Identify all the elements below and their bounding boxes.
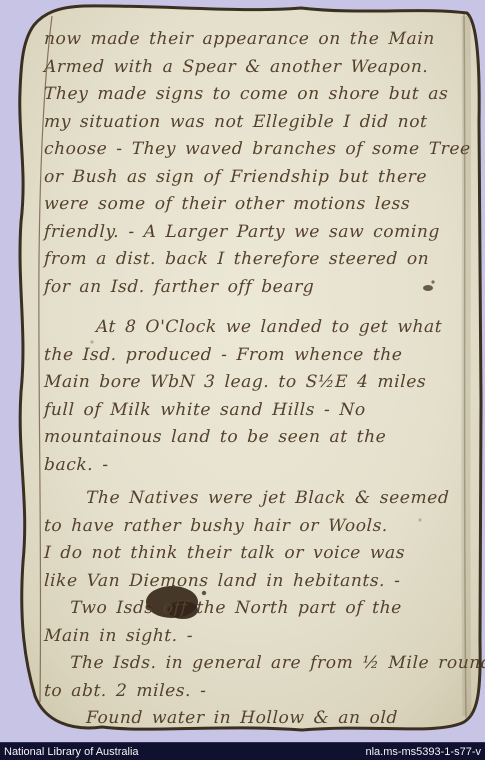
- item-reference-label: nla.ms-ms5393-1-s77-v: [361, 743, 485, 760]
- manuscript-line: Two Isds off the North part of the: [44, 595, 469, 623]
- manuscript-line: now made their appearance on the Main: [44, 26, 469, 54]
- manuscript-line: Main bore WbN 3 leag. to S½E 4 miles: [44, 369, 469, 397]
- footer-bar: National Library of Australia nla.ms-ms5…: [0, 742, 485, 760]
- manuscript-line: from a dist. back I therefore steered on: [44, 246, 469, 274]
- manuscript-line: my situation was not Ellegible I did not: [44, 109, 469, 137]
- manuscript-line: friendly. - A Larger Party we saw coming: [44, 219, 469, 247]
- manuscript-line: like Van Diemons land in hebitants. -: [44, 568, 469, 596]
- manuscript-line: or Bush as sign of Friendship but there: [44, 164, 469, 192]
- manuscript-scan-view: now made their appearance on the Main Ar…: [0, 0, 485, 760]
- manuscript-line: choose - They waved branches of some Tre…: [44, 136, 469, 164]
- manuscript-line: back. -: [44, 452, 469, 480]
- manuscript-line: for an Isd. farther off bearg: [44, 274, 469, 302]
- manuscript-line: The Natives were jet Black & seemed: [44, 485, 469, 513]
- manuscript-line: Found water in Hollow & an old: [44, 705, 469, 733]
- manuscript-line: to abt. 2 miles. -: [44, 678, 469, 706]
- manuscript-line: were some of their other motions less: [44, 191, 469, 219]
- handwritten-text: now made their appearance on the Main Ar…: [44, 26, 468, 733]
- manuscript-line: mountainous land to be seen at the: [44, 424, 469, 452]
- manuscript-line: Armed with a Spear & another Weapon.: [44, 54, 469, 82]
- manuscript-line: They made signs to come on shore but as: [44, 81, 469, 109]
- manuscript-line: Main in sight. -: [44, 623, 469, 651]
- manuscript-line: At 8 O'Clock we landed to get what: [44, 314, 469, 342]
- manuscript-line: to have rather bushy hair or Wools.: [44, 513, 469, 541]
- manuscript-line: the Isd. produced - From whence the: [44, 342, 469, 370]
- manuscript-line: I do not think their talk or voice was: [44, 540, 469, 568]
- manuscript-line: The Isds. in general are from ½ Mile rou…: [44, 650, 469, 678]
- manuscript-line: full of Milk white sand Hills - No: [44, 397, 469, 425]
- institution-label: National Library of Australia: [0, 743, 143, 760]
